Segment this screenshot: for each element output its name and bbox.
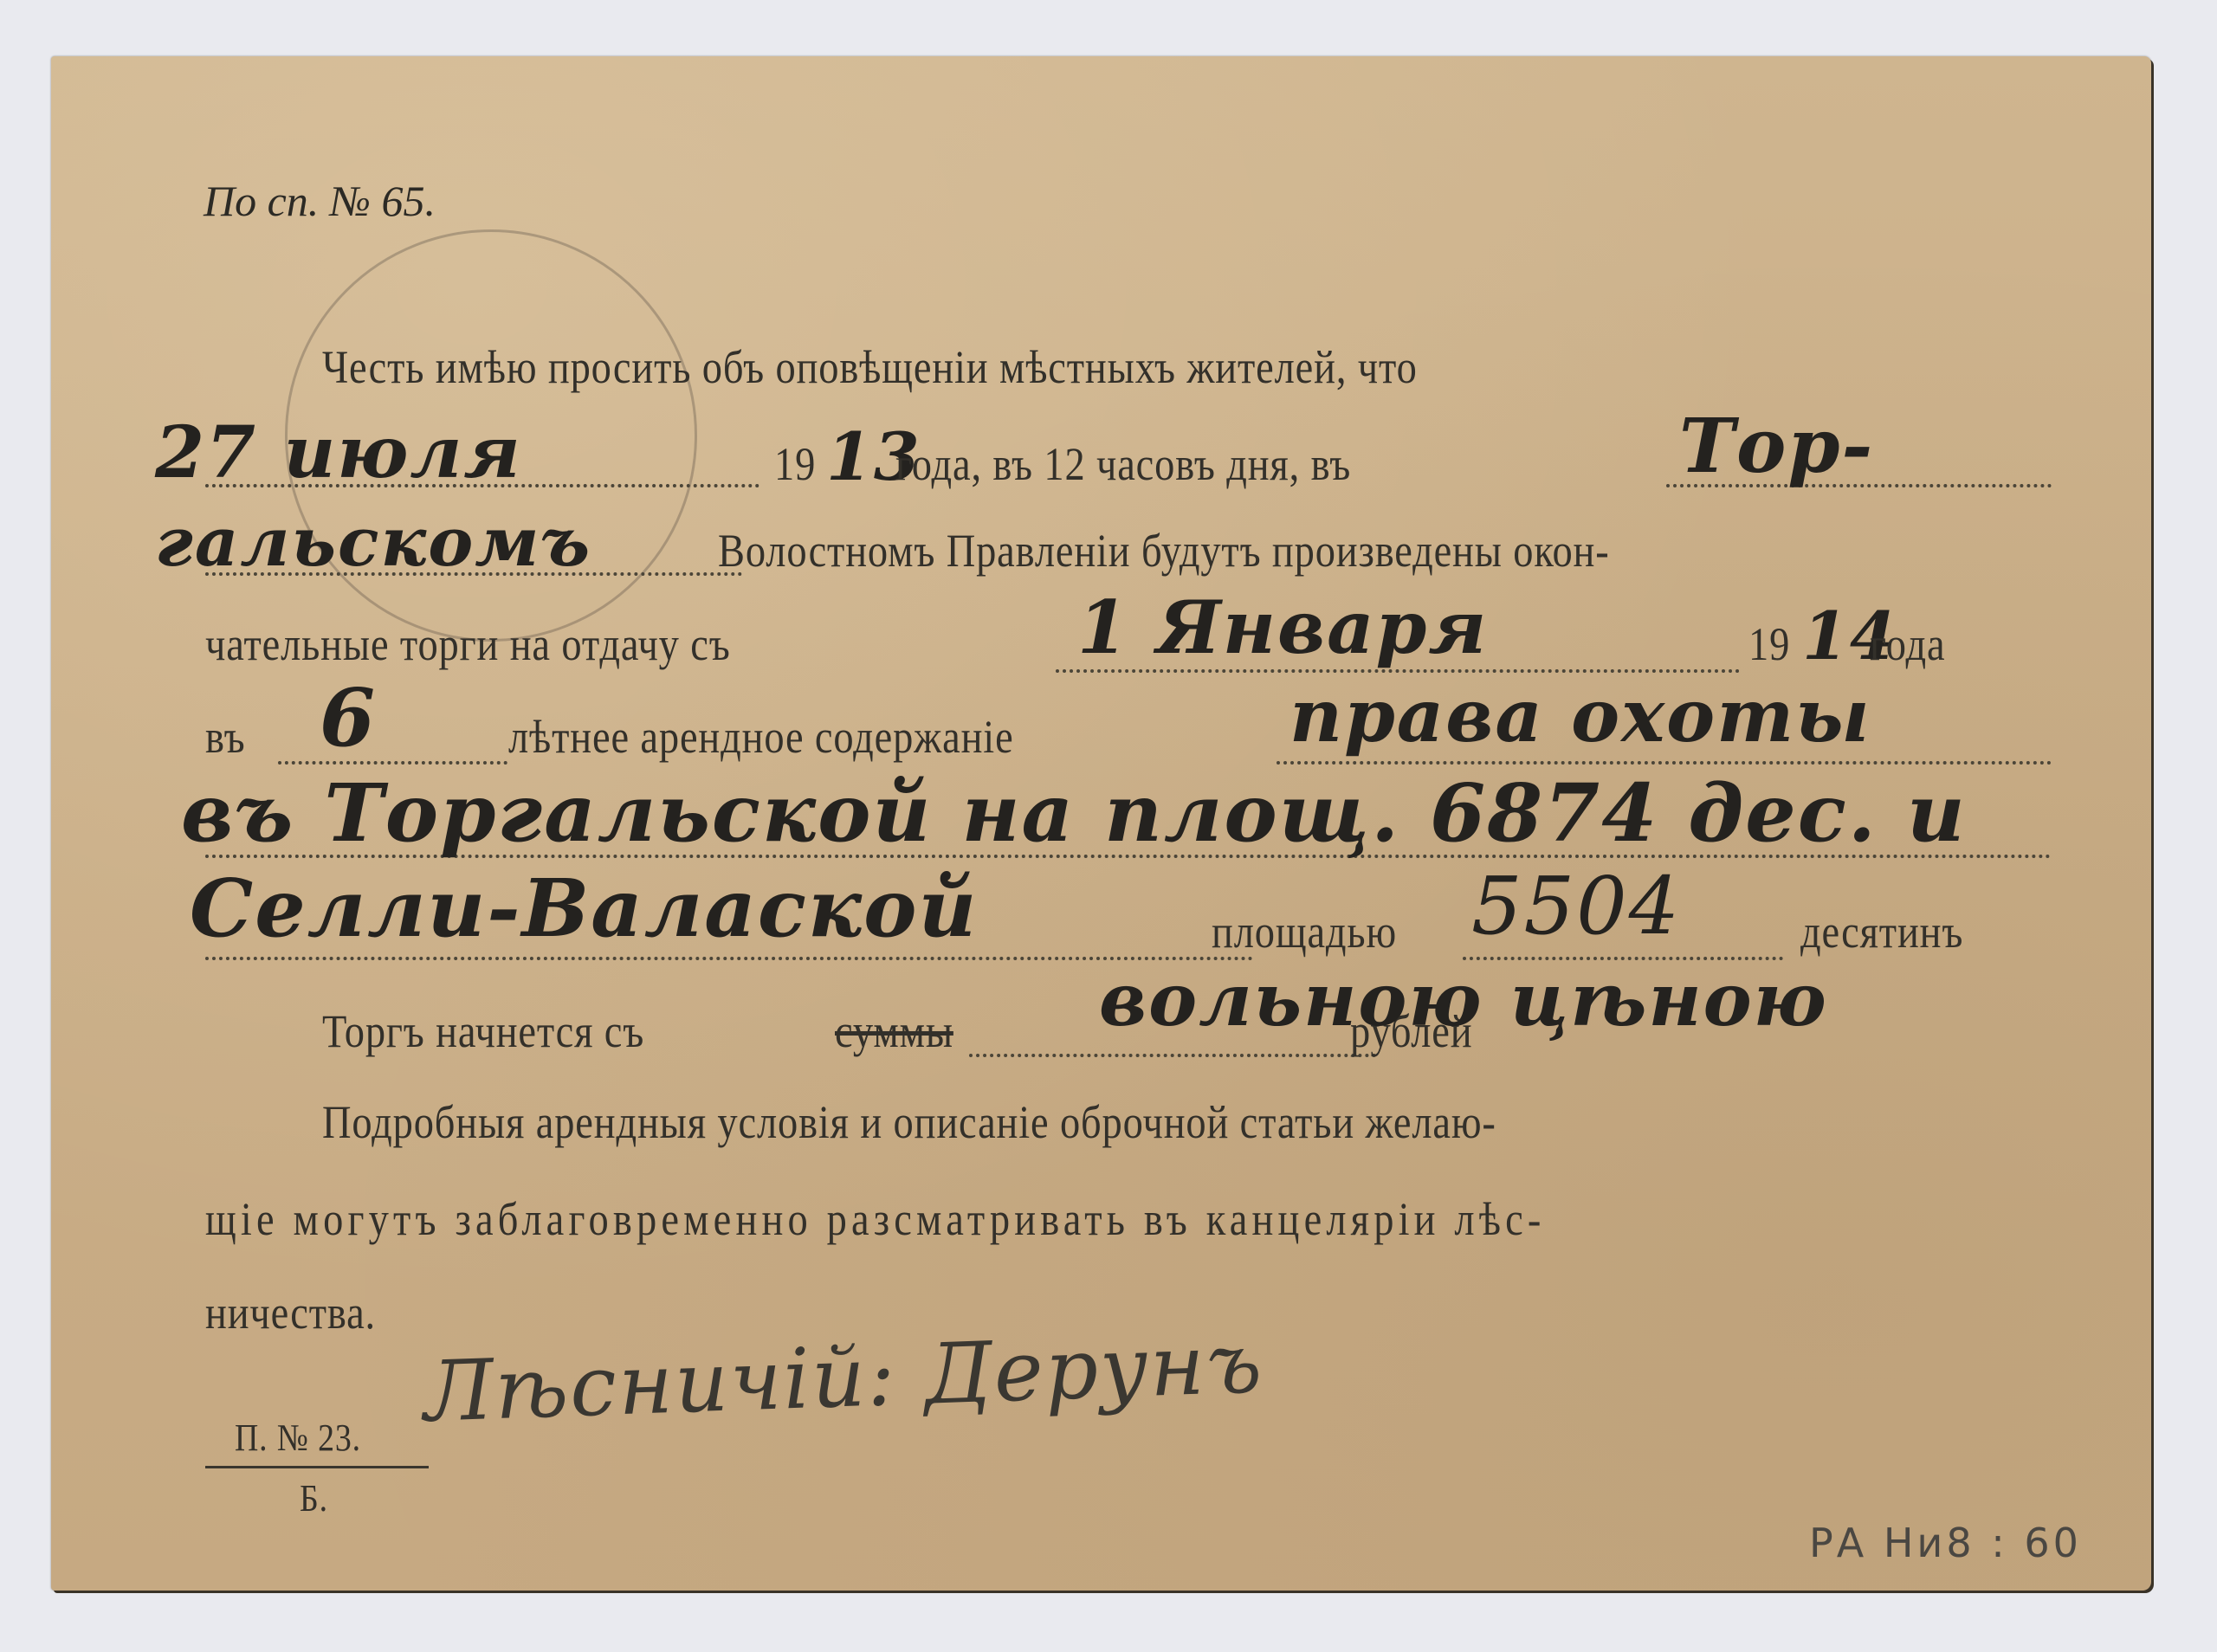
line-8-printed: Торгъ начнется съ [322, 1004, 644, 1058]
line-5-prefix: въ [205, 710, 246, 764]
object-field-dots [1277, 761, 2052, 765]
line-2-printed: года, въ 12 часовъ дня, въ [895, 437, 1351, 491]
line-5-printed: лѣтнее арендное содержаніе [508, 710, 1014, 764]
form-letter: Б. [300, 1476, 328, 1520]
area-label: площадью [1212, 905, 1397, 958]
handwritten-start-date: 1 Января [1077, 584, 1488, 670]
archive-pencil-mark: РА Ни8 : 60 [1809, 1520, 2082, 1566]
sum-field-dots [969, 1054, 1376, 1057]
struck-word-summy: суммы [835, 1004, 953, 1058]
handwritten-location: въ Торгальской на площ. 6874 дес. и [181, 766, 1967, 860]
year-prefix-1914: 19 [1748, 617, 1790, 671]
form-number: П. № 23. [235, 1416, 361, 1460]
line-10-printed: щіе могутъ заблаговременно разсматривать… [205, 1192, 1546, 1246]
year-suffix-goda: года [1870, 617, 1945, 671]
handwritten-date: 27 июля [155, 411, 522, 494]
header-reference: По сп. № 65. [204, 176, 436, 226]
handwritten-location-2: Селли-Валаской [190, 861, 978, 955]
handwritten-place-start: Тор- [1679, 403, 1874, 490]
year-prefix-1913: 19 [774, 437, 816, 491]
line-4-printed: чательные торги на отдачу съ [205, 617, 731, 671]
location-2-field-dots [205, 957, 1253, 960]
handwritten-sum: вольною цѣною [1099, 957, 1828, 1042]
line-3-printed: Волостномъ Правленіи будутъ произведены … [718, 524, 1610, 578]
line-9-printed: Подробныя арендныя условія и описаніе об… [322, 1095, 1496, 1149]
line-11-printed: ничества. [205, 1286, 376, 1339]
line-1-printed: Честь имѣю просить объ оповѣщеніи мѣстны… [322, 340, 1418, 394]
handwritten-years: 6 [320, 671, 377, 765]
handwritten-area: 5504 [1471, 860, 1681, 952]
document-card: По сп. № 65. Честь имѣю просить объ опов… [51, 56, 2151, 1591]
area-unit: десятинъ [1800, 905, 1963, 958]
handwritten-place-end: гальскомъ [155, 503, 591, 582]
handwritten-object: права охоты [1289, 673, 1871, 758]
forester-signature: Лѣсничій: Дерунъ [422, 1314, 1264, 1441]
years-field-dots [278, 761, 507, 765]
form-number-rule [205, 1466, 429, 1468]
